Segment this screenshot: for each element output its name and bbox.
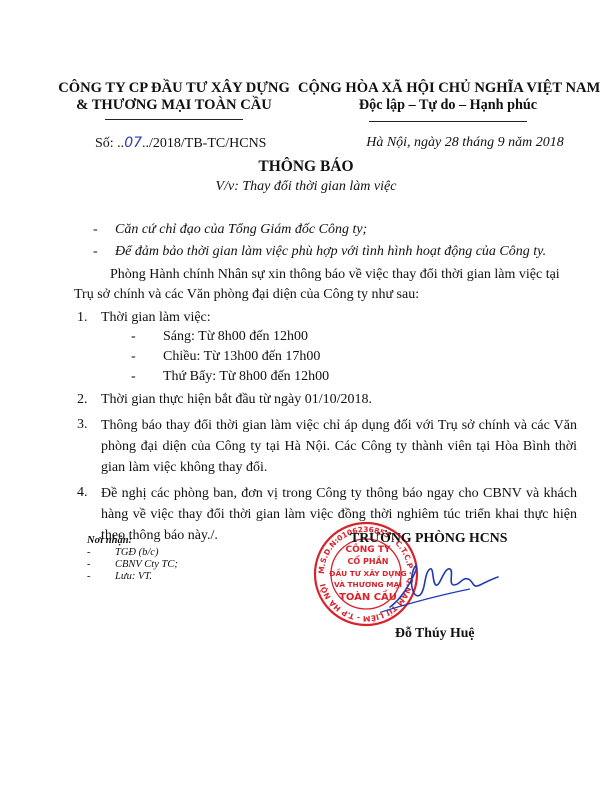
document-number: Số: ..07../2018/TB-TC/HCNS xyxy=(95,135,266,152)
item-number: 2. xyxy=(77,390,101,409)
schedule-afternoon: -Chiều: Từ 13h00 đến 17h00 xyxy=(131,347,577,367)
dash: - xyxy=(87,571,115,583)
legal-basis: -Căn cứ chỉ đạo của Tổng Giám đốc Công t… xyxy=(93,219,546,263)
schedule-list: -Sáng: Từ 8h00 đến 12h00 -Chiều: Từ 13h0… xyxy=(131,327,577,387)
list-item: 3. Thông báo thay đổi thời gian làm việc… xyxy=(77,415,577,478)
intro-text: Phòng Hành chính Nhân sự xin thông báo v… xyxy=(74,265,574,305)
dash: - xyxy=(131,347,163,367)
schedule-text: Sáng: Từ 8h00 đến 12h00 xyxy=(163,329,308,344)
schedule-text: Chiều: Từ 13h00 đến 17h00 xyxy=(163,349,320,364)
recipient-item: -TGĐ (b/c) xyxy=(87,547,178,559)
recipient-item: -CBNV Cty TC; xyxy=(87,559,178,571)
recipient-text: CBNV Cty TC; xyxy=(115,559,178,570)
national-header: CỘNG HÒA XÃ HỘI CHỦ NGHĨA VIỆT NAM Độc l… xyxy=(298,80,598,122)
company-name-line2: & THƯƠNG MẠI TOÀN CẦU xyxy=(48,97,300,114)
dash: - xyxy=(93,241,115,263)
recipient-text: TGĐ (b/c) xyxy=(115,547,158,558)
basis-item: -Để đảm bảo thời gian làm việc phù hợp v… xyxy=(93,241,546,263)
notice-items: 1. Thời gian làm việc: -Sáng: Từ 8h00 đế… xyxy=(77,308,577,546)
schedule-morning: -Sáng: Từ 8h00 đến 12h00 xyxy=(131,327,577,347)
schedule-text: Thứ Bẩy: Từ 8h00 đến 12h00 xyxy=(163,369,329,384)
nation-name: CỘNG HÒA XÃ HỘI CHỦ NGHĨA VIỆT NAM xyxy=(298,80,598,97)
signer-title: TRƯỞNG PHÒNG HCNS xyxy=(350,530,507,546)
item-text: Thời gian làm việc: xyxy=(101,308,577,327)
dash: - xyxy=(93,219,115,241)
motto-divider xyxy=(369,121,527,122)
signer-name: Đỗ Thúy Huệ xyxy=(395,625,475,641)
dash: - xyxy=(131,327,163,347)
company-name-line1: CÔNG TY CP ĐẦU TƯ XÂY DỰNG xyxy=(48,80,300,97)
list-item: 2. Thời gian thực hiện bắt đầu từ ngày 0… xyxy=(77,390,577,409)
doc-number-handwritten: 07 xyxy=(124,135,142,151)
document-subject: V/v: Thay đổi thời gian làm việc xyxy=(0,179,612,195)
basis-text: Để đảm bảo thời gian làm việc phù hợp vớ… xyxy=(115,244,546,259)
document-title: THÔNG BÁO xyxy=(0,158,612,176)
item-number: 1. xyxy=(77,308,101,387)
doc-number-suffix: ../2018/TB-TC/HCNS xyxy=(142,136,266,151)
handwritten-signature-icon xyxy=(380,555,500,615)
basis-text: Căn cứ chỉ đạo của Tổng Giám đốc Công ty… xyxy=(115,222,367,237)
recipient-text: Lưu: VT. xyxy=(115,571,152,582)
dash: - xyxy=(131,367,163,387)
recipients-heading: Nơi nhận: xyxy=(87,535,178,547)
recipients: Nơi nhận: -TGĐ (b/c) -CBNV Cty TC; -Lưu:… xyxy=(87,535,178,583)
company-header: CÔNG TY CP ĐẦU TƯ XÂY DỰNG & THƯƠNG MẠI … xyxy=(48,80,300,120)
list-item: 1. Thời gian làm việc: -Sáng: Từ 8h00 đế… xyxy=(77,308,577,387)
basis-item: -Căn cứ chỉ đạo của Tổng Giám đốc Công t… xyxy=(93,219,546,241)
schedule-saturday: -Thứ Bẩy: Từ 8h00 đến 12h00 xyxy=(131,367,577,387)
header-divider xyxy=(105,119,243,120)
dash: - xyxy=(87,559,115,571)
national-motto: Độc lập – Tự do – Hạnh phúc xyxy=(298,97,598,114)
item-number: 3. xyxy=(77,415,101,478)
recipient-item: -Lưu: VT. xyxy=(87,571,178,583)
doc-number-prefix: Số: .. xyxy=(95,136,124,151)
intro-paragraph: Phòng Hành chính Nhân sự xin thông báo v… xyxy=(74,265,574,305)
item-text: Thông báo thay đổi thời gian làm việc ch… xyxy=(101,415,577,478)
dash: - xyxy=(87,547,115,559)
item-text: Thời gian thực hiện bắt đầu từ ngày 01/1… xyxy=(101,390,577,409)
dateline: Hà Nội, ngày 28 tháng 9 năm 2018 xyxy=(340,135,590,151)
